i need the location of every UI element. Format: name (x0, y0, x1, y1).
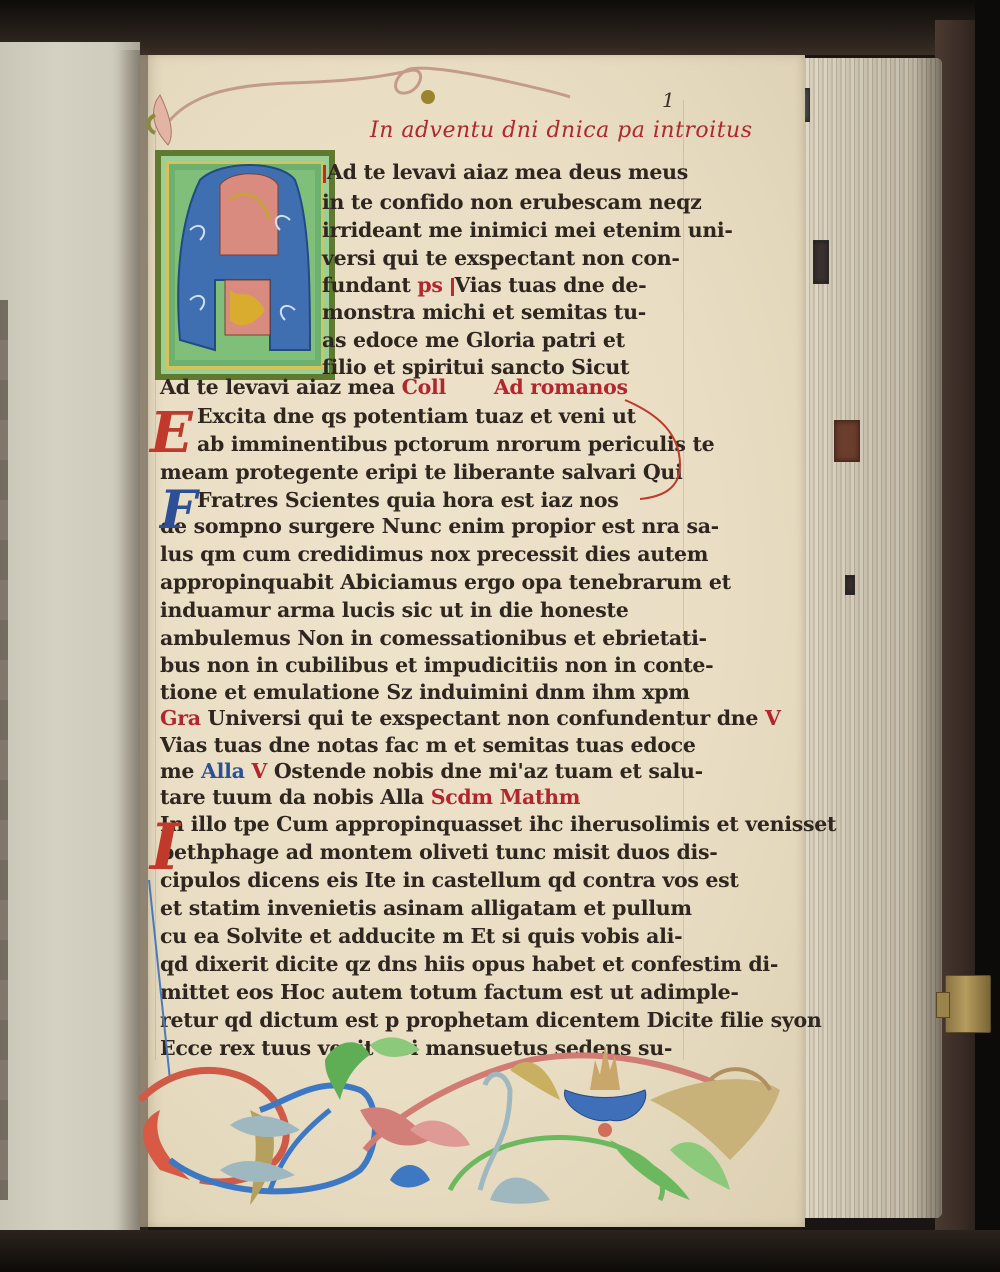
rubricated-initial-F: F (160, 480, 197, 541)
page-tab (845, 575, 855, 595)
alleluia-blue: Alla (201, 759, 245, 783)
text-line: tare tuum da nobis Alla Scdm Mathm (160, 785, 580, 815)
rubricated-initial-E: E (150, 400, 193, 466)
text-line: fundant ps Vias tuas dne de- (322, 273, 646, 303)
text-line: in te confido non erubescam neqz (322, 190, 702, 220)
text-line: de sompno surgere Nunc enim propior est … (160, 514, 719, 544)
metal-clasp (945, 975, 991, 1033)
text-line: meam protegente eripi te liberante salva… (160, 460, 683, 490)
text-line: Gra Universi qui te exspectant non confu… (160, 706, 781, 736)
text-line: bethphage ad montem oliveti tunc misit d… (160, 840, 717, 870)
gradual-rubric: Gra (160, 706, 201, 730)
rubric-heading: In adventu dni dnica pa introitus (370, 118, 753, 143)
psalm-rubric: ps (417, 273, 442, 297)
folio-number: 1 (662, 88, 675, 112)
text-line: lus qm cum credidimus nox precessit dies… (160, 542, 708, 572)
text-line: induamur arma lucis sic ut in die honest… (160, 598, 628, 628)
rubricated-initial-I: I (150, 810, 180, 885)
text-line: appropinquabit Abiciamus ergo opa tenebr… (160, 570, 731, 600)
gospel-rubric: Scdm Mathm (431, 785, 581, 809)
text-line: cipulos dicens eis Ite in castellum qd c… (160, 868, 739, 898)
text-line: Ad te levavi aiaz mea deus meus (322, 160, 688, 190)
text-line: In illo tpe Cum appropinquasset ihc iher… (160, 812, 836, 842)
text-line: versi qui te exspectant non con- (322, 246, 680, 276)
collect-rubric: Coll (402, 375, 446, 399)
acanthus-border-decoration (130, 1030, 810, 1230)
background-top (0, 0, 1000, 55)
red-bracket-mark (620, 395, 690, 505)
illuminated-initial-A (170, 160, 320, 360)
ad-romanos-rubric: Ad romanos (494, 375, 628, 399)
text-line: et statim invenietis asinam alligatam et… (160, 896, 692, 926)
book-photograph: 1 In adventu dni dnica pa introitus Ad t… (0, 0, 1000, 1272)
text-line: bus non in cubilibus et impudicitiis non… (160, 653, 713, 683)
text-line: mittet eos Hoc autem totum factum est ut… (160, 980, 739, 1010)
left-binding-edge (0, 300, 8, 1200)
text-line: Excita dne qs potentiam tuaz et veni ut (197, 404, 636, 434)
text-line: monstra michi et semitas tu- (322, 300, 646, 330)
binding-edge (975, 0, 1000, 1272)
text-line: irrideant me inimici mei etenim uni- (322, 218, 733, 248)
page-tab-leather (834, 420, 860, 462)
text-line: cu ea Solvite et adducite m Et si quis v… (160, 924, 682, 954)
background-bottom (0, 1230, 1000, 1272)
text-line: qd dixerit dicite qz dns hiis opus habet… (160, 952, 778, 982)
page-block-edges (792, 58, 942, 1218)
text-line: Ad te levavi aiaz mea Coll Ad romanos (160, 375, 628, 405)
page-tab (813, 240, 829, 284)
text-line: ambulemus Non in comessationibus et ebri… (160, 626, 707, 656)
text-line: as edoce me Gloria patri et (322, 328, 625, 358)
